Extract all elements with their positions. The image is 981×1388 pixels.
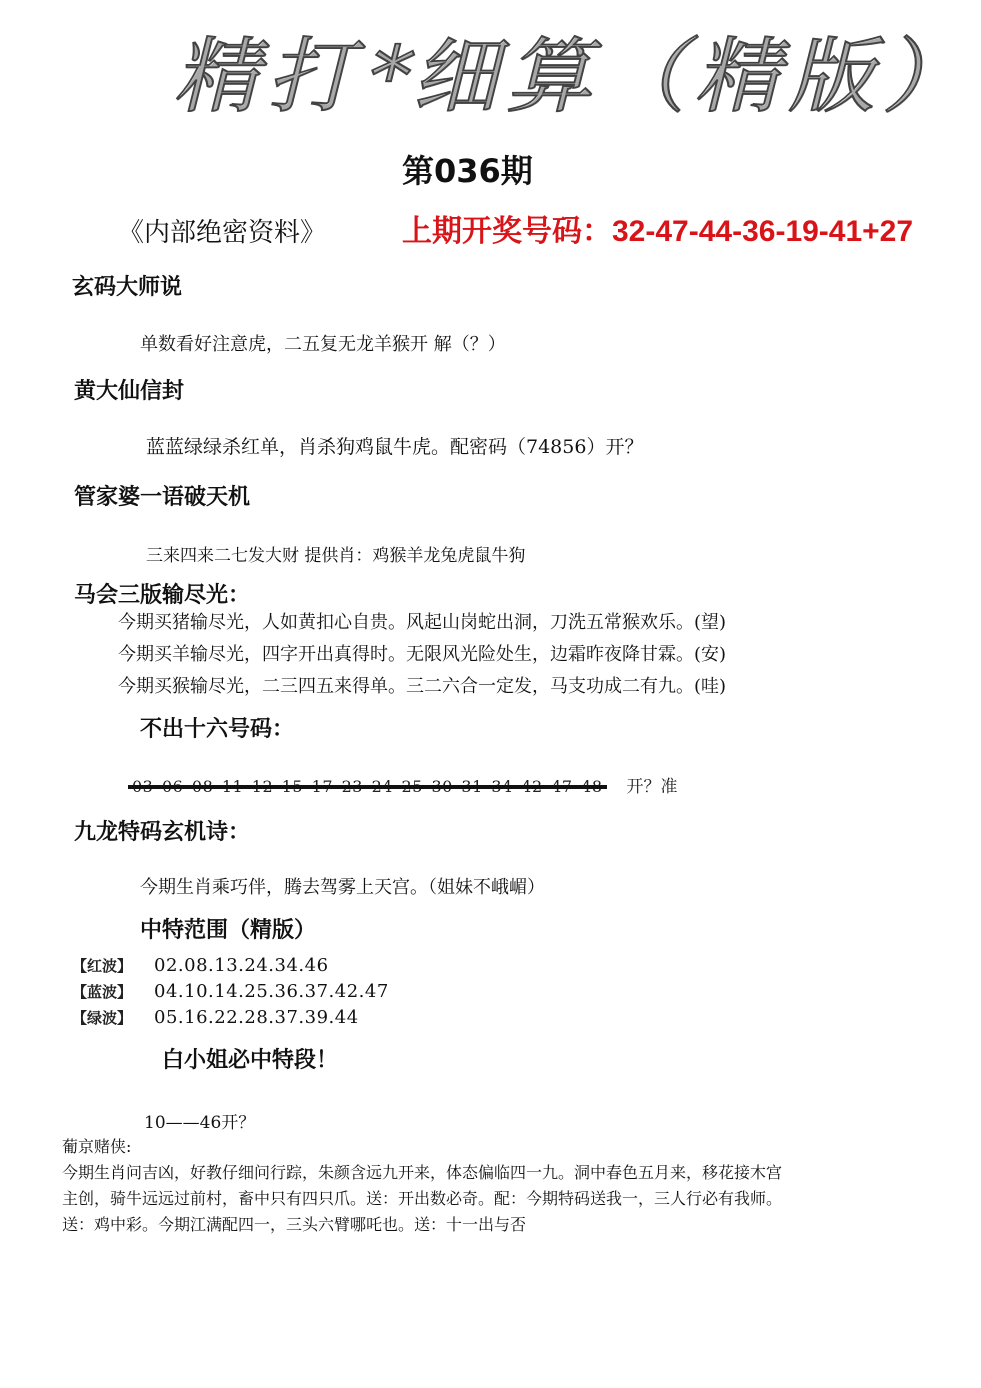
wave-numbers-blue: 04.10.14.25.36.37.42.47 — [154, 981, 389, 1002]
last-draw-label: 上期开奖号码： — [402, 215, 612, 248]
internal-note: 《内部绝密资料》 — [118, 212, 326, 249]
macau-gambler-line: 主创，骑牛远远过前村，畜中只有四只爪。送：开出数必奇。配：今期特码送我一，三人行… — [62, 1186, 782, 1212]
section-title-jockey-club: 马会三版输尽光： — [74, 578, 250, 609]
section-title-housekeeper: 管家婆一语破天机 — [74, 480, 250, 511]
banner-title: 精打*细算（精版） — [180, 20, 800, 135]
wave-numbers-red: 02.08.13.24.34.46 — [154, 955, 329, 976]
jockey-club-line: 今期买猴输尽光，二三四五来得单。三二六合一定发，马支功成二有九。(哇) — [118, 672, 726, 698]
master-text: 单数看好注意虎，二五复无龙羊猴开 解（？） — [140, 330, 506, 356]
wave-label-blue: 【蓝波】 — [72, 981, 154, 1002]
section-title-wong-tai-sin: 黄大仙信封 — [74, 374, 184, 405]
section-title-range: 中特范围（精版） — [140, 913, 316, 944]
section-title-no-sixteen: 不出十六号码： — [140, 712, 294, 743]
jockey-club-line: 今期买羊输尽光，四字开出真得时。无限风光险处生，边霜昨夜降甘霖。(安) — [118, 640, 726, 666]
wave-row-green: 【绿波】05.16.22.28.37.39.44 — [72, 1007, 359, 1028]
issue-number: 第036期 — [402, 146, 533, 192]
wave-row-red: 【红波】02.08.13.24.34.46 — [72, 955, 329, 976]
macau-gambler-line: 送：鸡中彩。今期江满配四一，三头六臂哪吒也。送：十一出与否 — [62, 1212, 526, 1238]
nine-dragons-text: 今期生肖乘巧伴，腾去驾雾上天宫。（姐妹不峨嵋） — [140, 873, 545, 899]
wave-numbers-green: 05.16.22.28.37.39.44 — [154, 1007, 359, 1028]
section-title-macau-gambler: 葡京赌侠: — [62, 1134, 131, 1160]
no-sixteen-row: 03 06 08 11 12 15 17 23 24 25 30 31 34 4… — [132, 772, 678, 797]
last-draw-numbers: 32-47-44-36-19-41+27 — [612, 215, 913, 248]
miss-bai-text: 10——46开？ — [144, 1108, 255, 1133]
housekeeper-text: 三来四来二七发大财 提供肖：鸡猴羊龙兔虎鼠牛狗 — [146, 541, 525, 566]
no-sixteen-tail: 开？准 — [627, 777, 678, 797]
struck-numbers: 03 06 08 11 12 15 17 23 24 25 30 31 34 4… — [132, 777, 603, 796]
wave-label-red: 【红波】 — [72, 955, 154, 976]
wave-label-green: 【绿波】 — [72, 1007, 154, 1028]
jockey-club-line: 今期买猪输尽光，人如黄扣心自贵。风起山岗蛇出洞，刀洗五常猴欢乐。(望) — [118, 608, 726, 634]
last-draw-result: 上期开奖号码：32-47-44-36-19-41+27 — [402, 206, 913, 250]
section-title-master: 玄码大师说 — [72, 270, 182, 301]
wave-row-blue: 【蓝波】04.10.14.25.36.37.42.47 — [72, 981, 389, 1002]
section-title-miss-bai: 白小姐必中特段！ — [162, 1043, 338, 1074]
section-title-nine-dragons: 九龙特码玄机诗： — [74, 815, 250, 846]
wong-tai-sin-text: 蓝蓝绿绿杀红单，肖杀狗鸡鼠牛虎。配密码（74856）开？ — [146, 432, 643, 459]
macau-gambler-line: 今期生肖问吉凶，好教仔细问行踪，朱颜含远九开来，体态偏临四一九。洞中春色五月来，… — [62, 1160, 782, 1186]
banner-title-text: 精打*细算（精版） — [166, 23, 813, 132]
